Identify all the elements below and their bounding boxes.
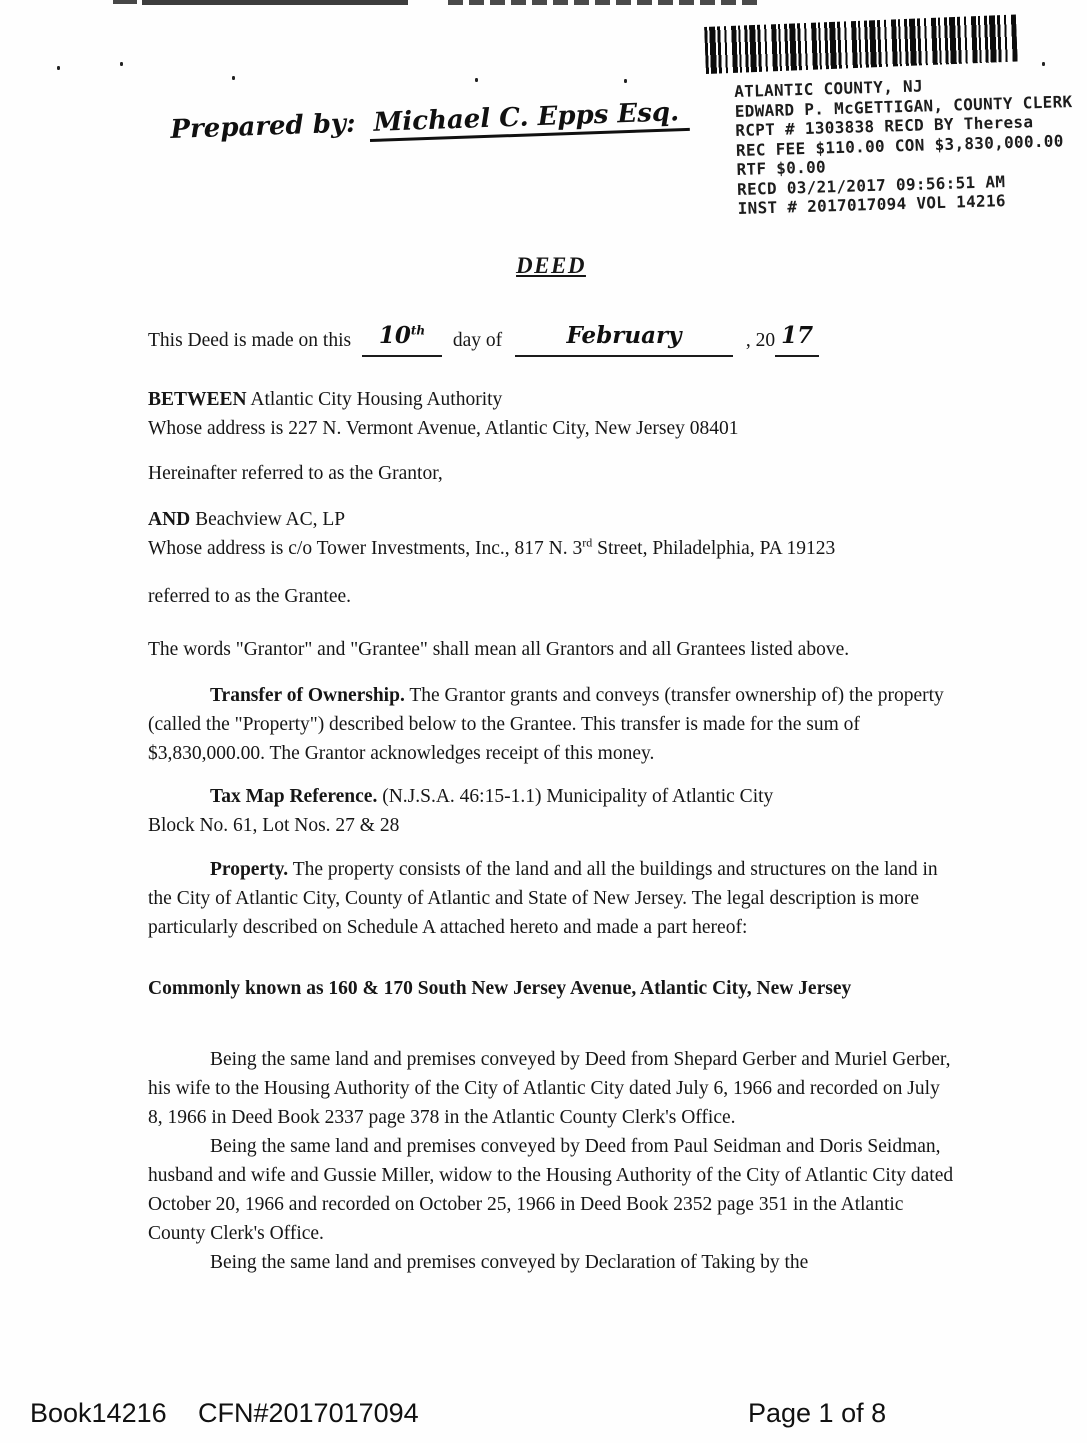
year-prefix: , 20 [746, 330, 775, 351]
title-history: Being the same land and premises conveye… [148, 1045, 958, 1277]
transfer-of-ownership-section: Transfer of Ownership. The Grantor grant… [148, 681, 958, 768]
date-line-mid: day of [453, 330, 502, 351]
commonly-known-statement: Commonly known as 160 & 170 South New Je… [148, 974, 958, 1003]
footer-book-number: Book14216 [30, 1398, 167, 1429]
scan-speckle [232, 76, 235, 80]
county-recording-stamp: ATLANTIC COUNTY, NJ EDWARD P. McGETTIGAN… [734, 72, 1076, 218]
footer-page-indicator: Page 1 of 8 [748, 1398, 886, 1429]
property-section: Property. The property consists of the l… [148, 855, 958, 942]
grantee-block: AND Beachview AC, LP Whose address is c/… [148, 505, 958, 563]
definitions-sentence: The words "Grantor" and "Grantee" shall … [148, 635, 958, 664]
handwritten-day: 10th [379, 322, 425, 349]
date-line: This Deed is made on this 10th day of Fe… [148, 326, 958, 357]
grantee-address: Whose address is c/o Tower Investments, … [148, 534, 958, 563]
recording-barcode [704, 15, 1018, 74]
scan-speckle [1042, 62, 1045, 66]
taxmap-body: (N.J.S.A. 46:15-1.1) Municipality of Atl… [377, 786, 773, 807]
footer-cfn-number: CFN#2017017094 [198, 1398, 419, 1429]
taxmap-block-lot: Block No. 61, Lot Nos. 27 & 28 [148, 811, 958, 840]
property-heading: Property. [210, 859, 288, 880]
scan-artifact-dash [142, 0, 408, 5]
between-label: BETWEEN [148, 389, 247, 410]
taxmap-heading: Tax Map Reference. [210, 786, 377, 807]
tax-map-section: Tax Map Reference. (N.J.S.A. 46:15-1.1) … [148, 782, 958, 840]
history-paragraph-gerber: Being the same land and premises conveye… [148, 1045, 958, 1132]
document-title: DEED [148, 253, 954, 279]
grantor-name: Atlantic City Housing Authority [247, 389, 503, 410]
history-paragraph-declaration: Being the same land and premises conveye… [148, 1248, 958, 1277]
grantee-reference: referred to as the Grantee. [148, 582, 958, 611]
grantor-address: Whose address is 227 N. Vermont Avenue, … [148, 414, 958, 443]
transfer-heading: Transfer of Ownership. [210, 685, 405, 706]
scan-artifact-dash [448, 0, 758, 5]
day-blank: 10th [362, 326, 442, 357]
handwritten-month: February [566, 322, 681, 349]
handwritten-year: 17 [781, 322, 813, 349]
prepared-by-annotation: Prepared by:Michael C. Epps Esq. [170, 97, 690, 149]
date-line-lead: This Deed is made on this [148, 330, 351, 351]
grantee-name: Beachview AC, LP [190, 509, 345, 530]
scan-artifact-dash [113, 0, 137, 4]
scan-speckle [120, 62, 123, 66]
grantor-block: BETWEEN Atlantic City Housing Authority … [148, 385, 958, 443]
deed-document-page: ATLANTIC COUNTY, NJ EDWARD P. McGETTIGAN… [0, 0, 1087, 1443]
scan-speckle [57, 66, 60, 70]
year-blank: 17 [775, 326, 819, 357]
prepared-by-label: Prepared by: [170, 109, 356, 145]
history-paragraph-seidman: Being the same land and premises conveye… [148, 1132, 958, 1248]
month-blank: February [515, 326, 733, 357]
grantor-reference: Hereinafter referred to as the Grantor, [148, 459, 958, 488]
scan-speckle [624, 79, 627, 83]
and-label: AND [148, 509, 190, 530]
scan-speckle [475, 78, 478, 82]
preparer-name: Michael C. Epps Esq. [369, 97, 690, 142]
